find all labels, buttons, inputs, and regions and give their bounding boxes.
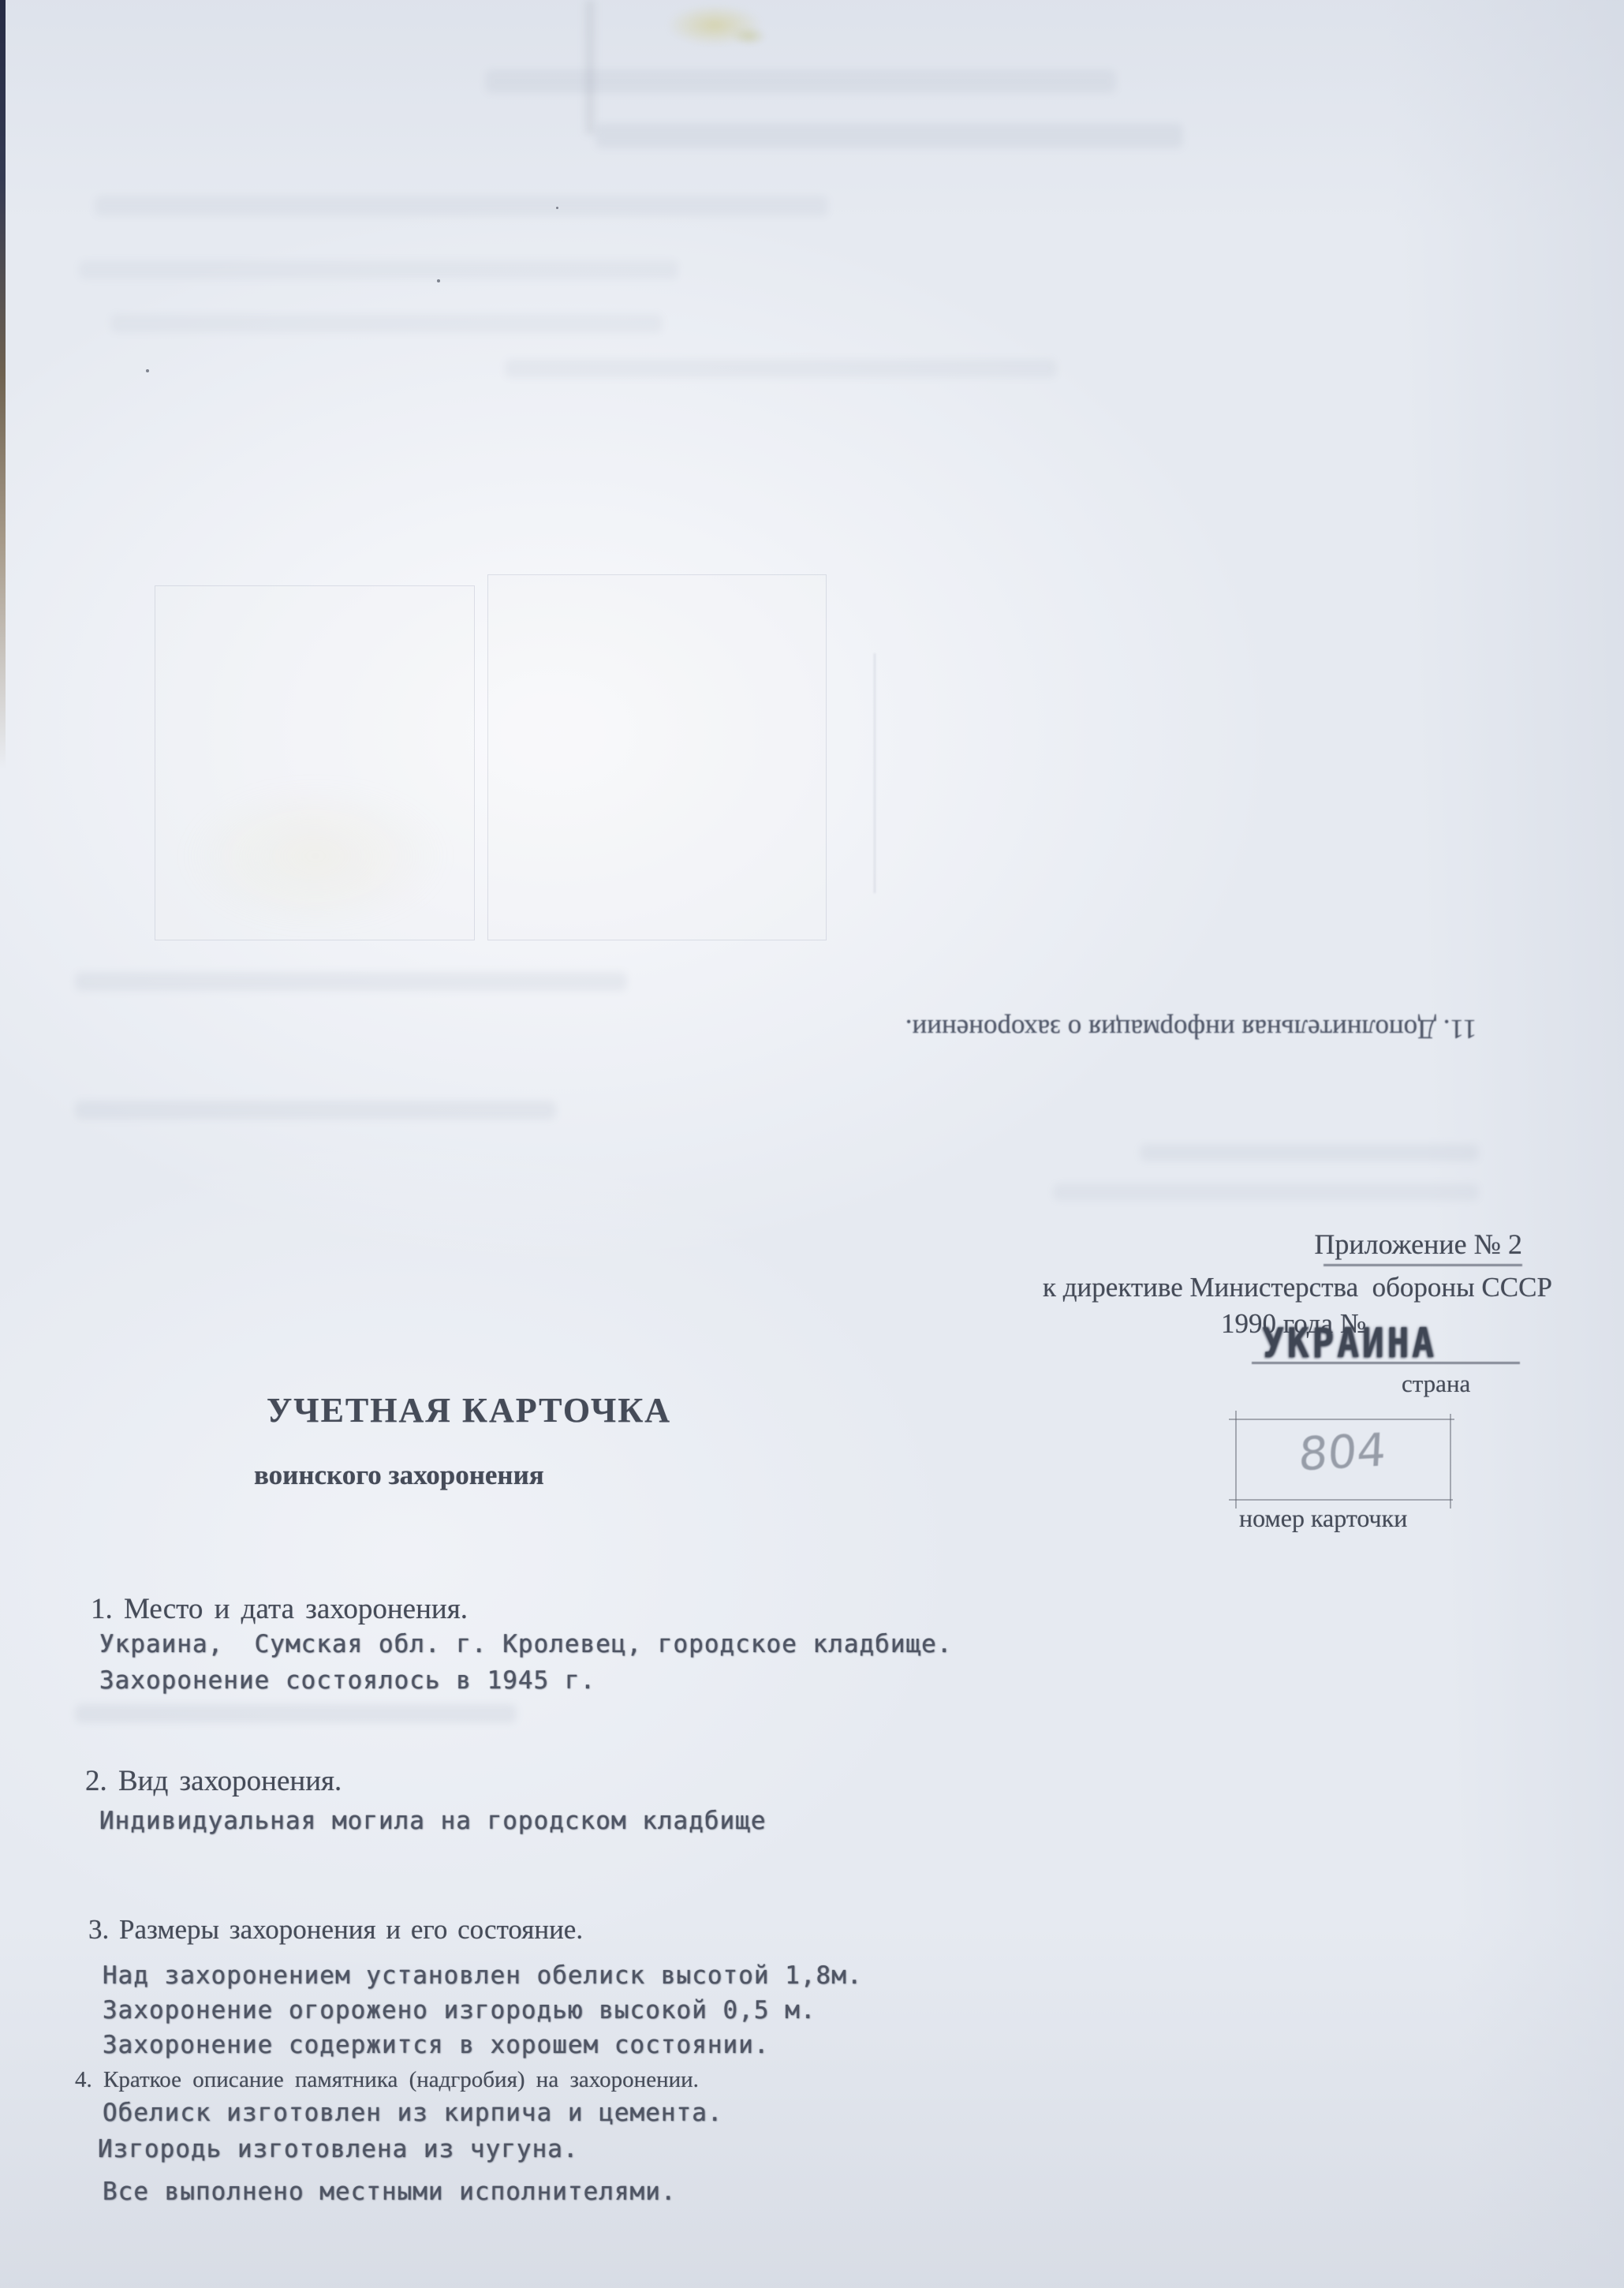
card-number-value: 804: [1234, 1419, 1450, 1485]
ghost-text-line: [75, 1704, 517, 1723]
section-1-line-2: Захоронение состоялось в 1945 г.: [99, 1666, 595, 1695]
section-4-line-1: Обелиск изготовлен из кирпича и цемента.: [103, 2099, 723, 2127]
country-label: страна: [1402, 1370, 1470, 1398]
country-value: УКРАИНА: [1262, 1319, 1437, 1366]
scanned-document-page: { "document": { "reverse_bleedthrough": …: [0, 0, 1624, 2288]
ghost-photo-frame-right: [487, 574, 827, 940]
section-3-line-1: Над захоронением установлен обелиск высо…: [103, 1961, 863, 1990]
ghost-text-line: [1053, 1183, 1479, 1201]
ghost-text-line: [75, 1101, 556, 1120]
ghost-text-line: [75, 972, 627, 991]
section-3-line-3: Захоронение содержится в хорошем состоян…: [103, 2031, 770, 2059]
stain-top-small: [732, 27, 767, 46]
section-4-label: 4. Краткое описание памятника (надгробия…: [75, 2067, 699, 2093]
country-underline: [1252, 1362, 1520, 1364]
section-3-label: 3. Размеры захоронения и его состояние.: [88, 1914, 583, 1946]
section-3-line-2: Захоронение огорожено изгородью высокой …: [103, 1996, 816, 2024]
appendix-line-2: к директиве Министерства обороны СССР: [1043, 1272, 1552, 1303]
section-1-line-1: Украина, Сумская обл. г. Кролевец, город…: [99, 1630, 953, 1658]
ghost-warm-patch: [181, 781, 450, 931]
document-subtitle: воинского захоронения: [254, 1460, 544, 1491]
card-number-box-bottom: [1229, 1499, 1453, 1501]
card-number-label: номер карточки: [1239, 1504, 1407, 1533]
dust-speck: [146, 369, 149, 372]
scan-edge-left: [0, 0, 6, 986]
section-4-line-3: Все выполнено местными исполнителями.: [103, 2178, 677, 2206]
ghost-text-line: [79, 260, 678, 279]
ghost-text-line: [485, 69, 1116, 93]
section-2-label: 2. Вид захоронения.: [85, 1764, 342, 1798]
ghost-text-line: [95, 196, 828, 216]
paper-crease: [585, 0, 595, 134]
ghost-text-line: [505, 359, 1057, 378]
dust-speck: [556, 207, 558, 209]
section-4-line-2: Изгородь изготовлена из чугуна.: [98, 2135, 579, 2163]
document-title: УЧЕТНАЯ КАРТОЧКА: [267, 1390, 671, 1430]
ghost-text-line: [110, 314, 663, 333]
section-2-line-1: Индивидуальная могила на городском кладб…: [99, 1807, 767, 1835]
appendix-underline: [1323, 1264, 1522, 1266]
ghost-text-line: [595, 123, 1183, 148]
card-number-box-top: [1229, 1419, 1454, 1420]
ghost-text-line: [1140, 1144, 1479, 1161]
reverse-bleedthrough-heading: 11. Дополнительная информация о захороне…: [860, 1013, 1522, 1045]
dust-speck: [437, 279, 440, 282]
appendix-line-1: Приложение № 2: [1215, 1228, 1522, 1261]
ghost-vertical-line: [874, 653, 875, 893]
section-1-label: 1. Место и дата захоронения.: [91, 1592, 468, 1626]
